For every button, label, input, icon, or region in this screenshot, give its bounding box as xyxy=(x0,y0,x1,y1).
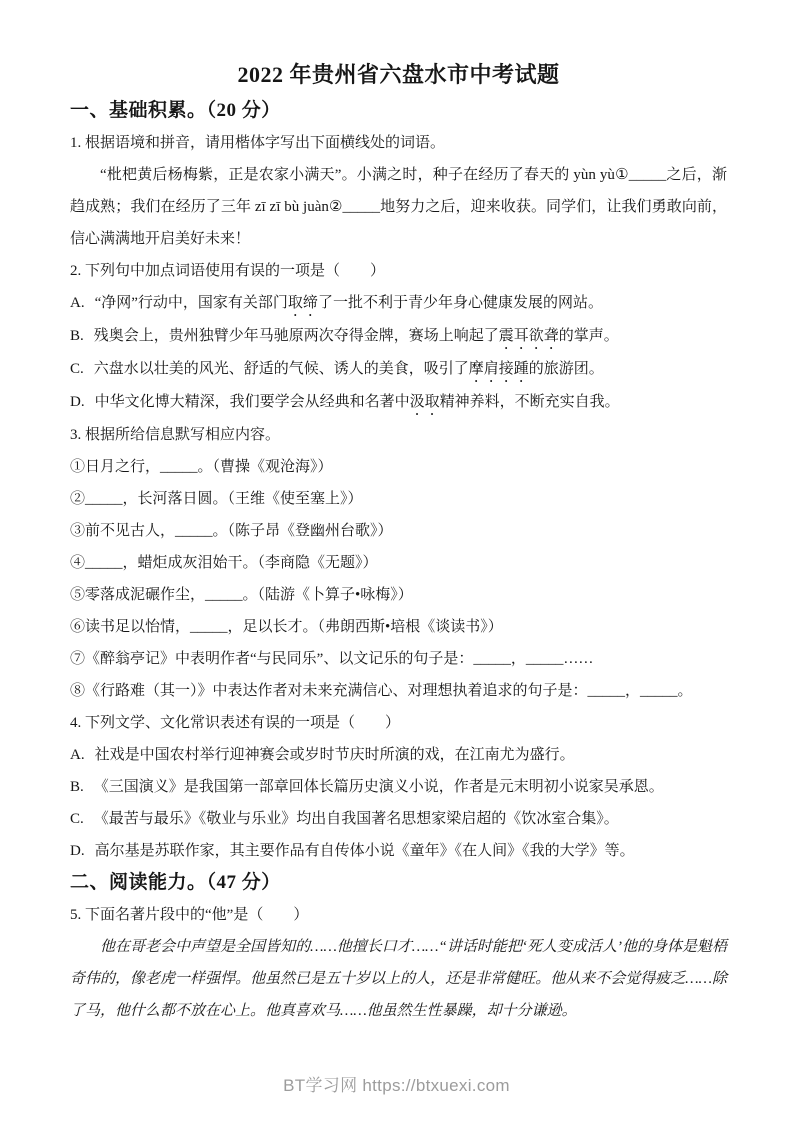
q1-stem: 1. 根据语境和拼音，请用楷体字写出下面横线处的词语。 xyxy=(70,127,727,159)
q5-stem: 5. 下面名著片段中的“他”是（ ） xyxy=(70,899,727,931)
option-text: 《最苦与最乐》《敬业与乐业》均出自我国著名思想家梁启超的《饮冰室合集》。 xyxy=(94,811,619,827)
page-title: 2022 年贵州省六盘水市中考试题 xyxy=(70,58,727,92)
emphasized-word: 摩肩接踵 xyxy=(469,361,529,377)
watermark-footer: BT学习网 https://btxuexi.com xyxy=(0,1071,793,1096)
q3-item-6: ⑥读书足以怡情，_____，足以长才。（弗朗西斯•培根《谈读书》） xyxy=(70,611,727,643)
option-text: 中华文化博大精深，我们要学会从经典和名著中 xyxy=(95,394,410,410)
q3-item-8: ⑧《行路难（其一）》中表达作者对未来充满信心、对理想执着追求的句子是：_____… xyxy=(70,675,727,707)
emphasized-word: 汲取 xyxy=(410,394,440,410)
q4-option-a: A.社戏是中国农村举行迎神赛会或岁时节庆时所演的戏，在江南尤为盛行。 xyxy=(70,739,727,771)
q2-option-a: A.“净网”行动中，国家有关部门取缔了一批不利于青少年身心健康发展的网站。 xyxy=(70,287,727,320)
q2-option-d: D.中华文化博大精深，我们要学会从经典和名著中汲取精神养料，不断充实自我。 xyxy=(70,386,727,419)
option-letter: D. xyxy=(70,394,85,410)
option-letter: D. xyxy=(70,843,85,859)
q3-item-4: ④_____，蜡炬成灰泪始干。（李商隐《无题》） xyxy=(70,547,727,579)
option-text: 高尔基是苏联作家，其主要作品有自传体小说《童年》《在人间》《我的大学》等。 xyxy=(95,843,635,859)
q1-passage: “枇杷黄后杨梅紫，正是农家小满天”。小满之时，种子在经历了春天的 yùn yù①… xyxy=(70,159,727,255)
q3-item-1: ①日月之行，_____。（曹操《观沧海》） xyxy=(70,451,727,483)
section2-heading: 二、阅读能力。（47 分） xyxy=(70,867,727,899)
option-text: 残奥会上，贵州独臂少年马驰原两次夺得金牌，赛场上响起了 xyxy=(94,328,499,344)
q3-item-7: ⑦《醉翁亭记》中表明作者“与民同乐”、以文记乐的句子是：_____，_____…… xyxy=(70,643,727,675)
q3-item-2: ②_____，长河落日圆。（王维《使至塞上》） xyxy=(70,483,727,515)
emphasized-word: 震耳欲聋 xyxy=(499,328,559,344)
option-letter: C. xyxy=(70,811,84,827)
option-letter: A. xyxy=(70,295,85,311)
emphasized-word: 取缔 xyxy=(288,295,318,311)
q2-option-b: B.残奥会上，贵州独臂少年马驰原两次夺得金牌，赛场上响起了震耳欲聋的掌声。 xyxy=(70,320,727,353)
option-text: 了一批不利于青少年身心健康发展的网站。 xyxy=(318,295,603,311)
q3-item-5: ⑤零落成泥碾作尘，_____。（陆游《卜算子•咏梅》） xyxy=(70,579,727,611)
option-letter: A. xyxy=(70,747,85,763)
q3-stem: 3. 根据所给信息默写相应内容。 xyxy=(70,419,727,451)
option-text: 的旅游团。 xyxy=(529,361,604,377)
q2-stem: 2. 下列句中加点词语使用有误的一项是（ ） xyxy=(70,255,727,287)
option-text: 社戏是中国农村举行迎神赛会或岁时节庆时所演的戏，在江南尤为盛行。 xyxy=(95,747,575,763)
q3-item-3: ③前不见古人，_____。（陈子昂《登幽州台歌》） xyxy=(70,515,727,547)
exam-paper-page: 2022 年贵州省六盘水市中考试题 一、基础积累。（20 分） 1. 根据语境和… xyxy=(0,0,793,1027)
q4-option-b: B.《三国演义》是我国第一部章回体长篇历史演义小说，作者是元末明初小说家吴承恩。 xyxy=(70,771,727,803)
option-letter: B. xyxy=(70,779,84,795)
option-text: “净网”行动中，国家有关部门 xyxy=(95,295,288,311)
option-text: 《三国演义》是我国第一部章回体长篇历史演义小说，作者是元末明初小说家吴承恩。 xyxy=(94,779,664,795)
q5-passage: 他在哥老会中声望是全国皆知的……他擅长口才……“讲话时能把‘死人变成活人’他的身… xyxy=(70,931,727,1027)
option-letter: C. xyxy=(70,361,84,377)
q4-option-d: D.高尔基是苏联作家，其主要作品有自传体小说《童年》《在人间》《我的大学》等。 xyxy=(70,835,727,867)
section1-heading: 一、基础积累。（20 分） xyxy=(70,95,727,127)
option-text: 精神养料，不断充实自我。 xyxy=(440,394,620,410)
q4-option-c: C.《最苦与最乐》《敬业与乐业》均出自我国著名思想家梁启超的《饮冰室合集》。 xyxy=(70,803,727,835)
q2-option-c: C.六盘水以壮美的风光、舒适的气候、诱人的美食，吸引了摩肩接踵的旅游团。 xyxy=(70,353,727,386)
option-letter: B. xyxy=(70,328,84,344)
option-text: 六盘水以壮美的风光、舒适的气候、诱人的美食，吸引了 xyxy=(94,361,469,377)
option-text: 的掌声。 xyxy=(559,328,619,344)
q4-stem: 4. 下列文学、文化常识表述有误的一项是（ ） xyxy=(70,707,727,739)
